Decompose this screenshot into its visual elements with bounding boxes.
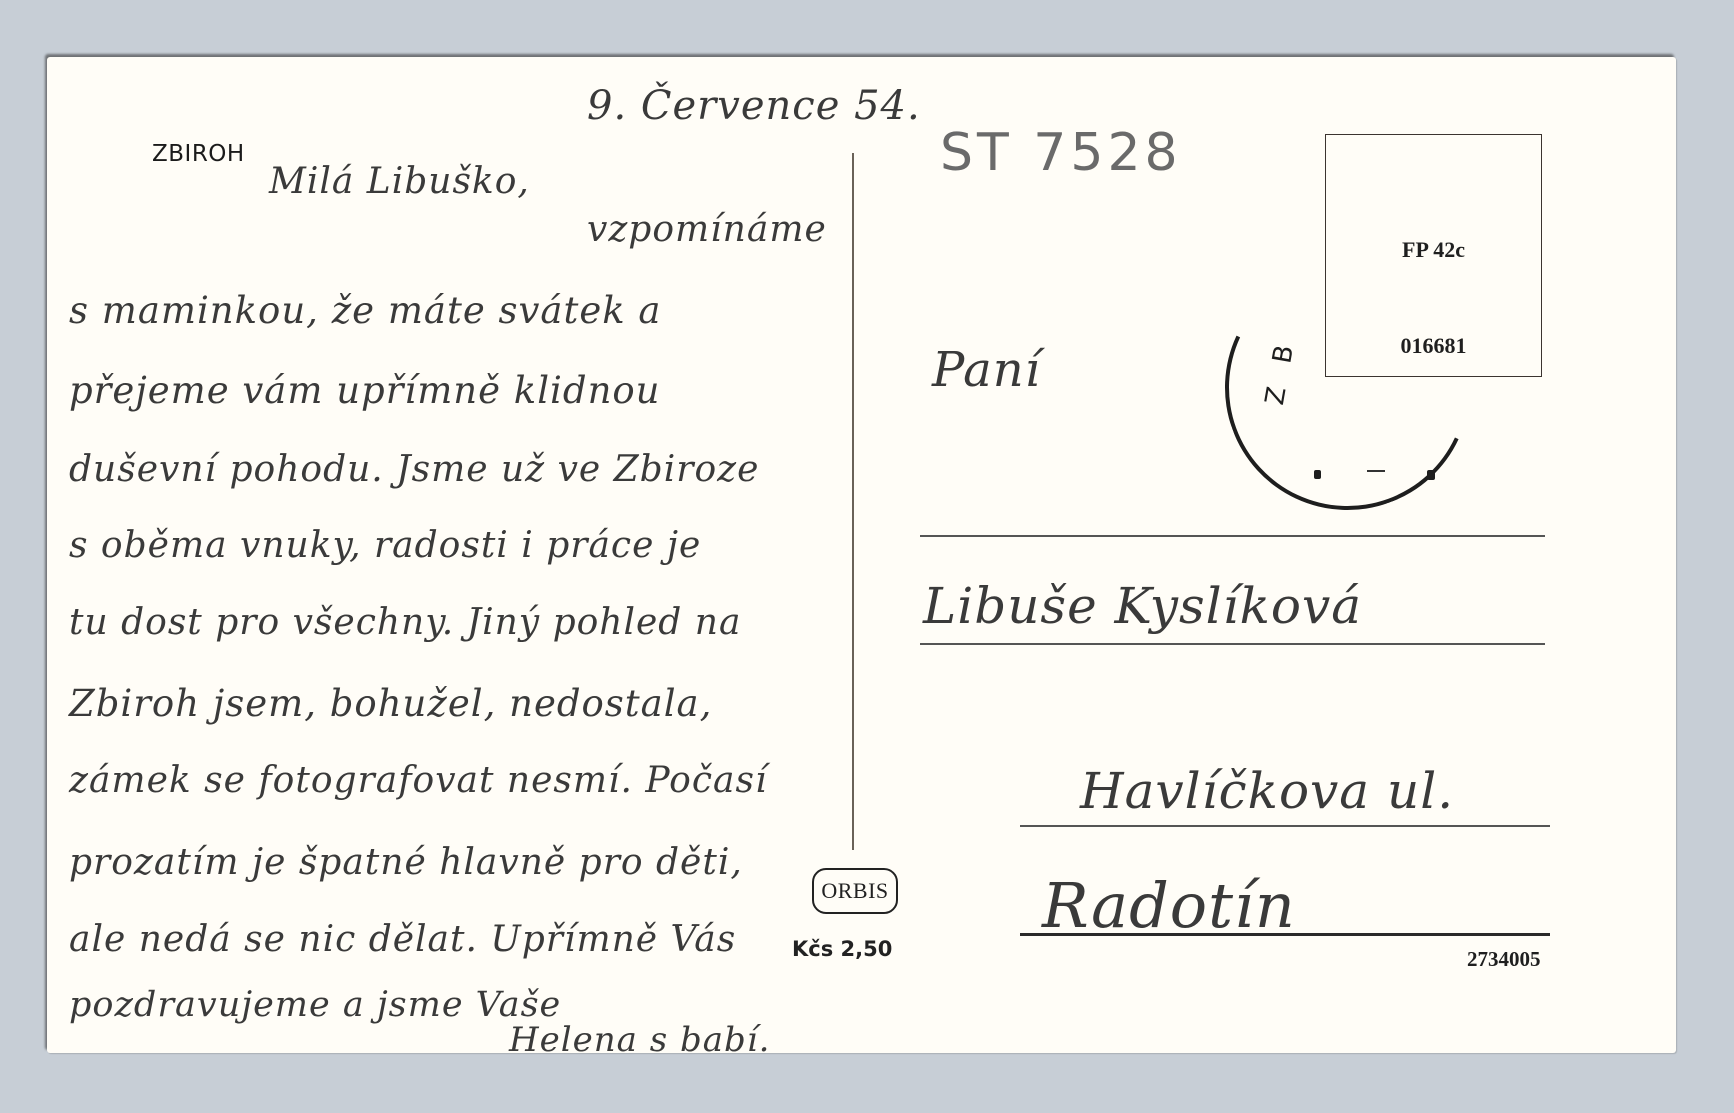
message-line: tu dost pro všechny. Jiný pohled na (69, 602, 741, 643)
catalog-number: 2734005 (1467, 947, 1541, 972)
pencil-inventory-note: ST 7528 (940, 123, 1182, 183)
price-label: Kčs 2,50 (792, 937, 892, 961)
postmark-mark (1314, 470, 1321, 479)
message-line: pozdravujeme a jsme Vaše (69, 985, 561, 1025)
address-street: Havlíčkova ul. (1080, 762, 1454, 820)
message-line: s maminkou, že máte svátek a (69, 289, 661, 332)
message-line: ale nedá se nic dělat. Upřímně Vás (69, 919, 736, 960)
address-line-3 (1020, 825, 1550, 827)
address-line-4 (1020, 933, 1550, 936)
message-line: Zbiroh jsem, bohužel, nedostala, (69, 682, 712, 725)
postcard: ZBIROH 9. Července 54. Milá Libuško, vzp… (47, 57, 1676, 1053)
center-divider (852, 153, 854, 850)
postmark-mark (1427, 470, 1435, 480)
address-city: Radotín (1042, 869, 1296, 942)
stamp-box-code: FP 42c (1326, 237, 1541, 263)
message-date: 9. Července 54. (587, 83, 921, 129)
message-signature: Helena s babí. (509, 1020, 770, 1060)
postmark-mark (1367, 470, 1385, 472)
place-label: ZBIROH (152, 141, 245, 167)
message-line: duševní pohodu. Jsme už ve Zbiroze (69, 449, 759, 490)
address-line-1 (920, 535, 1545, 537)
address-line-2 (920, 643, 1545, 645)
message-greeting: Milá Libuško, (269, 161, 530, 202)
message-line: přejeme vám upřímně klidnou (69, 369, 661, 412)
message-line: prozatím je špatné hlavně pro děti, (69, 842, 743, 883)
message-line: s oběma vnuky, radosti i práce je (69, 525, 701, 566)
message-line: zámek se fotografovat nesmí. Počasí (69, 760, 767, 801)
message-line: vzpomínáme (587, 209, 827, 250)
address-name: Libuše Kyslíková (923, 577, 1362, 635)
publisher-logo: ORBIS (812, 868, 898, 914)
address-salutation: Paní (932, 342, 1041, 398)
